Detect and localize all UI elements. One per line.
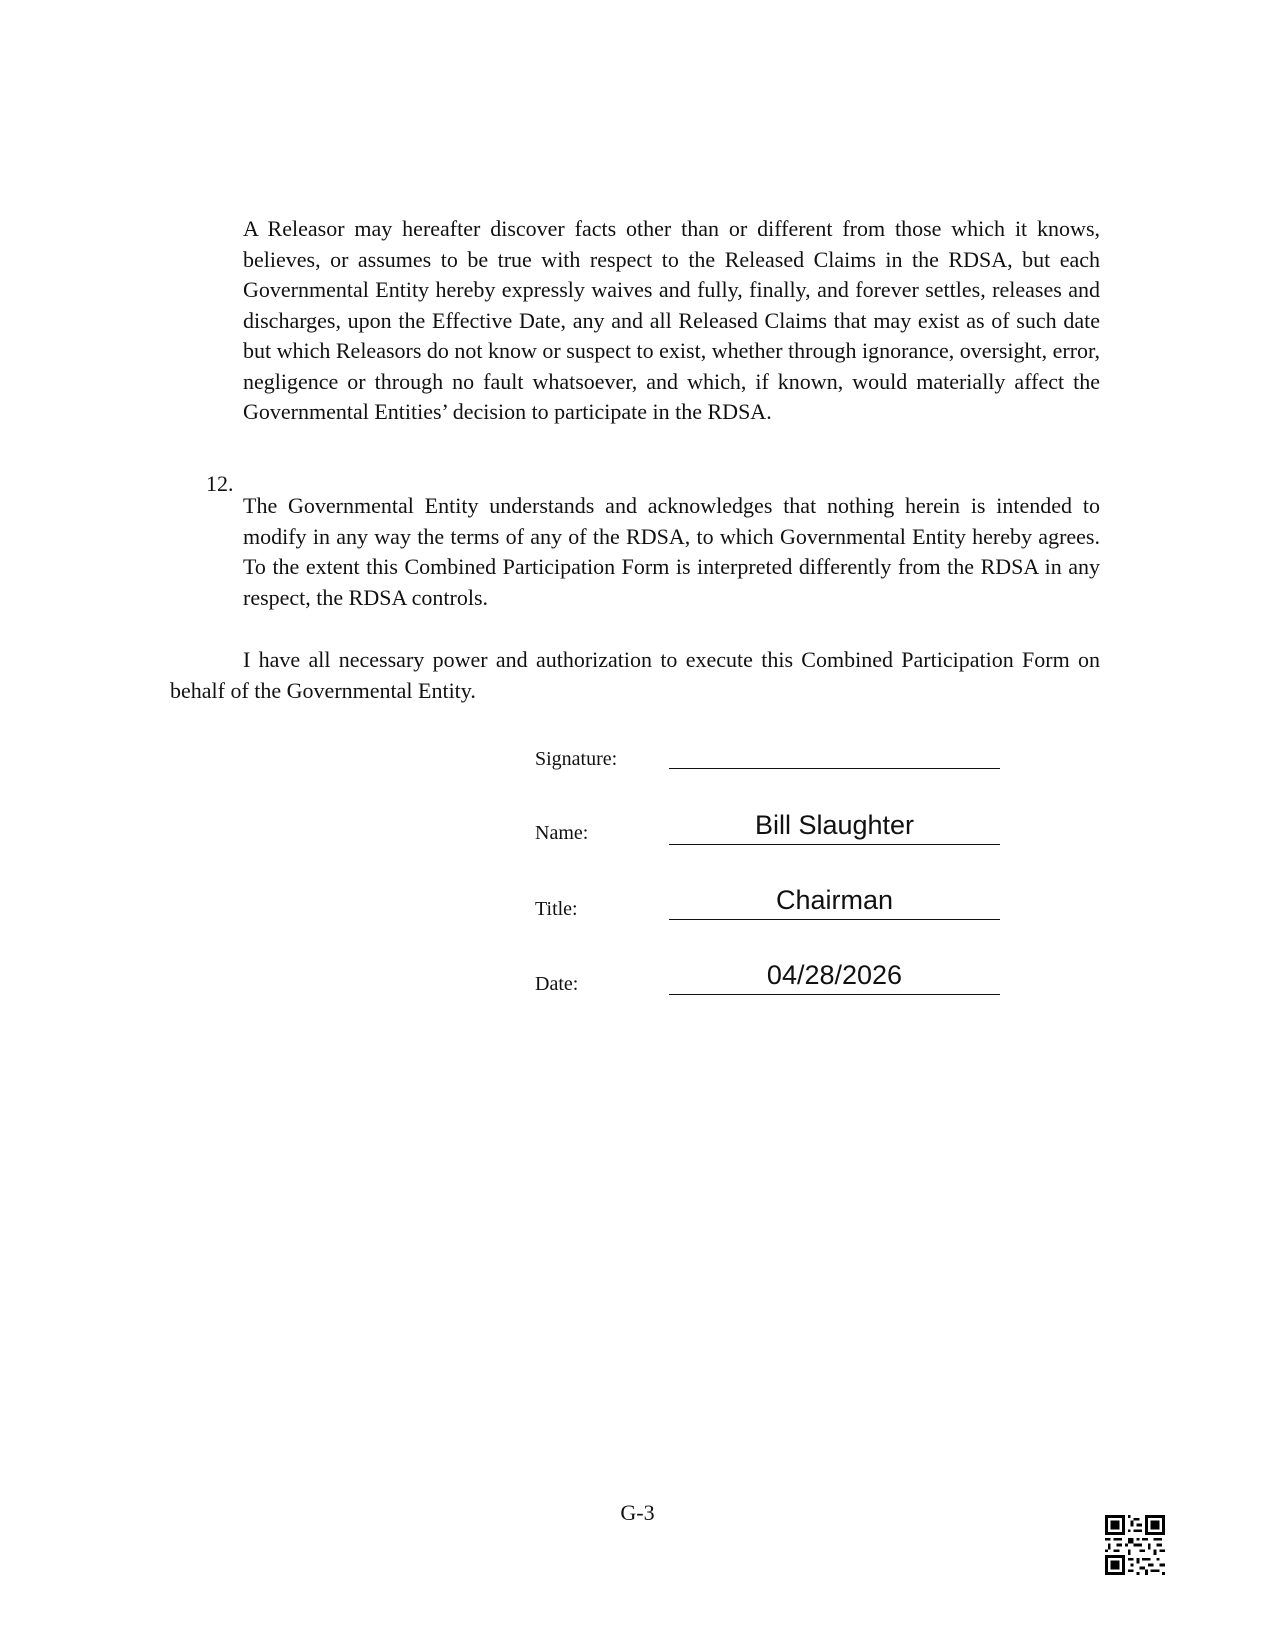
signature-line — [669, 768, 1000, 769]
name-field[interactable]: Bill Slaughter — [669, 810, 1000, 841]
date-label: Date: — [535, 973, 578, 996]
signature-label: Signature: — [535, 748, 617, 771]
authorization-statement: I have all necessary power and authoriza… — [170, 645, 1100, 706]
title-line — [669, 919, 1000, 920]
title-field[interactable]: Chairman — [669, 885, 1000, 916]
page-number: G-3 — [0, 1500, 1275, 1526]
date-line — [669, 994, 1000, 995]
title-label: Title: — [535, 898, 578, 921]
item-12-number: 12. — [206, 469, 234, 500]
qr-code-icon — [1105, 1515, 1165, 1575]
name-label: Name: — [535, 822, 588, 845]
name-line — [669, 844, 1000, 845]
release-paragraph: A Releasor may hereafter discover facts … — [243, 214, 1100, 428]
date-field[interactable]: 04/28/2026 — [669, 960, 1000, 991]
item-12-text: The Governmental Entity understands and … — [243, 491, 1100, 613]
